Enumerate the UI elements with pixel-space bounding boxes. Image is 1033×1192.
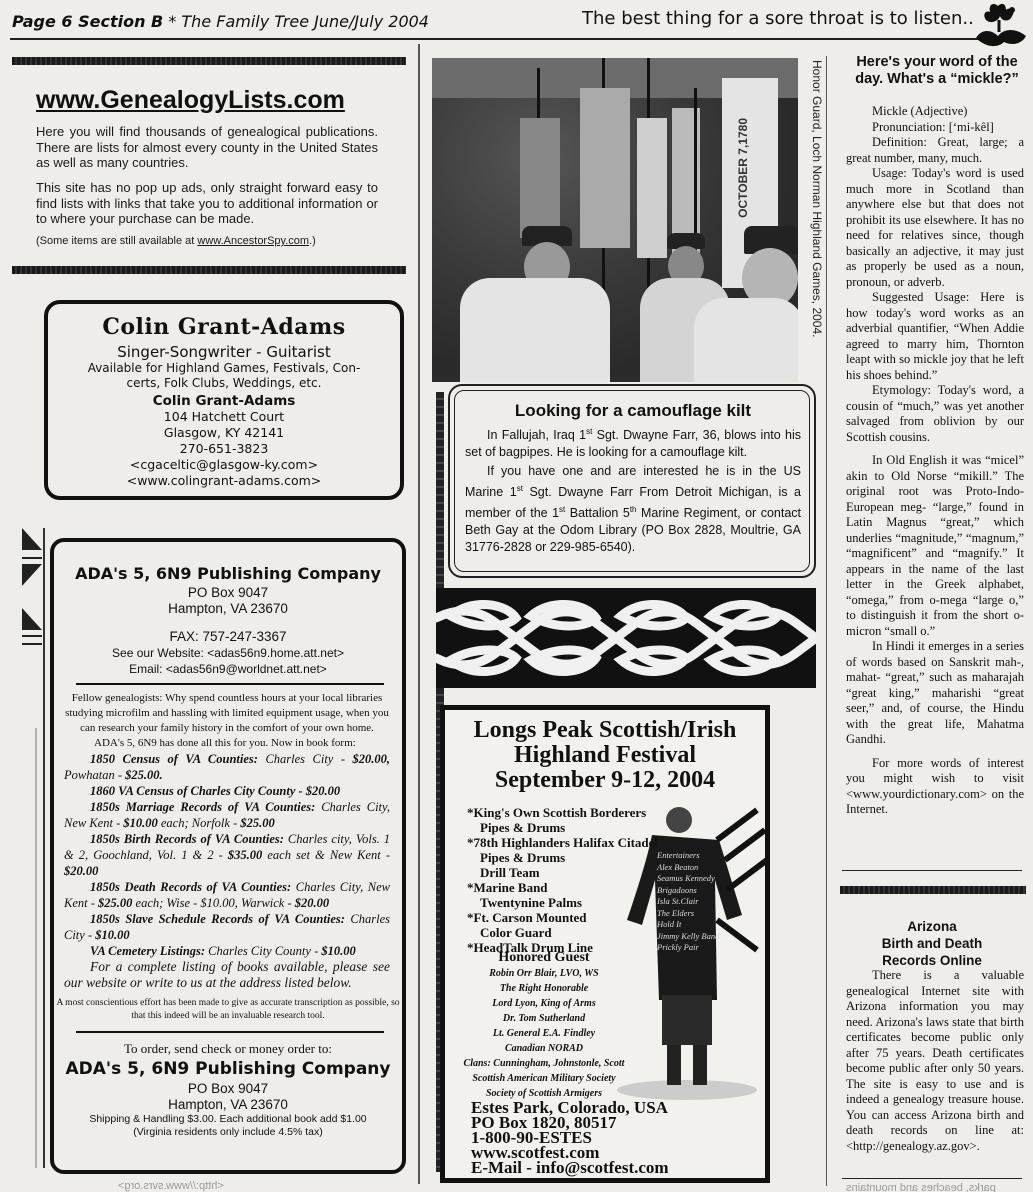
ad-title: Colin Grant-Adams xyxy=(48,314,400,340)
arizona-title-line-3: Records Online xyxy=(842,952,1022,969)
ancestorspy-link[interactable]: www.AncestorSpy.com xyxy=(197,235,309,247)
section-bar-right xyxy=(840,886,1026,894)
arizona-title-line-1: Arizona xyxy=(842,918,1022,935)
kilt-article-inner: Looking for a camouflage kilt In Falluja… xyxy=(454,390,810,572)
lineup-item: Twentynine Palms xyxy=(467,895,658,910)
flag xyxy=(637,118,667,258)
kilt-article-title: Looking for a camouflage kilt xyxy=(465,401,801,421)
ada-now-in-book: ADA's 5, 6N9 has done all this for you. … xyxy=(54,736,402,751)
ada-website-link[interactable]: See our Website: <adas56n9.home.att.net> xyxy=(54,645,402,661)
listing-item: 1850s Birth Records of VA Counties: Char… xyxy=(64,831,390,879)
bleed-through-text: <http://www.svrs.org> xyxy=(118,1180,224,1192)
guest-item: Canadian NORAD xyxy=(459,1041,629,1056)
listing-item: 1850s Marriage Records of VA Counties: C… xyxy=(64,799,390,831)
street-address: 104 Hatchett Court xyxy=(48,409,400,425)
tax-info: (Virginia residents only include 4.5% ta… xyxy=(54,1126,402,1139)
genealogylists-note: (Some items are still available at www.A… xyxy=(36,235,316,247)
availability-line-2: certs, Folk Clubs, Weddings, etc. xyxy=(48,376,400,391)
ada-title: ADA's 5, 6N9 Publishing Company xyxy=(54,564,402,583)
header-separator: * xyxy=(168,12,176,31)
lineup-item: Color Guard xyxy=(467,925,658,940)
ada-book-listings: 1850 Census of VA Counties: Charles City… xyxy=(54,751,402,991)
ada-divider-2 xyxy=(76,1031,384,1033)
more-words-note: For more words of interest you might wis… xyxy=(846,756,1024,818)
section-bar-bottom xyxy=(12,266,406,274)
honored-guest-heading: Honored Guest xyxy=(459,950,629,966)
order-city: Hampton, VA 23670 xyxy=(54,1097,402,1113)
suggested-usage: Suggested Usage: Here is how today's wor… xyxy=(846,290,1024,383)
guest-item: Scottish American Military Society xyxy=(459,1071,629,1086)
celtic-knot-border xyxy=(436,588,816,688)
honor-guard-photo: OCTOBER 7,1780 xyxy=(432,58,798,382)
word-of-day-title: Here's your word of the day. What's a “m… xyxy=(842,54,1032,88)
genealogylists-paragraph-1: Here you will find thousands of genealog… xyxy=(36,124,378,171)
word-of-day-rule xyxy=(842,870,1022,871)
guest-item: Robin Orr Blair, LVO, WS xyxy=(459,966,629,981)
kilt-paragraph-2: If you have one and are interested he is… xyxy=(465,463,801,556)
city-address: Glasgow, KY 42141 xyxy=(48,425,400,441)
page-section-label: Page 6 Section B xyxy=(12,12,163,31)
thistle-flower-icon xyxy=(968,2,1030,50)
festival-contact: Estes Park, Colorado, USA PO Box 1820, 8… xyxy=(471,1100,669,1175)
ada-email-link[interactable]: Email: <adas56n9@worldnet.att.net> xyxy=(54,661,402,677)
festival-dates: September 9-12, 2004 xyxy=(445,768,765,793)
listing-item: VA Cemetery Listings: Charles City Count… xyxy=(64,943,390,959)
lineup-item: Drill Team xyxy=(467,865,658,880)
ada-fax: FAX: 757-247-3367 xyxy=(54,629,402,645)
note-suffix: .) xyxy=(309,235,316,247)
arizona-title-line-2: Birth and Death xyxy=(842,935,1022,952)
ada-city: Hampton, VA 23670 xyxy=(54,601,402,617)
usage: Usage: Today's word is used much more in… xyxy=(846,166,1024,290)
arizona-article-title: Arizona Birth and Death Records Online xyxy=(842,918,1022,969)
etymology: Etymology: Today's word, a cousin of “mu… xyxy=(846,383,1024,445)
genealogylists-title-link[interactable]: www.GenealogyLists.com xyxy=(36,86,345,115)
email-link[interactable]: <cgaceltic@glasgow-ky.com> xyxy=(48,457,400,473)
lineup-item: *78th Highlanders Halifax Citadel xyxy=(467,835,658,850)
arizona-article-body: There is a valuable genealogical Interne… xyxy=(846,968,1024,1154)
page-header-info: Page 6 Section B * The Family Tree June/… xyxy=(12,12,429,31)
shipping-info: Shipping & Handling $3.00. Each addition… xyxy=(54,1113,402,1126)
lineup-item: Pipes & Drums xyxy=(467,820,658,835)
old-english-origin: In Old English it was “micel” akin to Ol… xyxy=(846,453,1024,639)
header-tagline: The best thing for a sore throat is to l… xyxy=(582,8,974,29)
order-intro: To order, send check or money order to: xyxy=(54,1041,402,1057)
guest-item: Clans: Cunningham, Johnstonle, Scott xyxy=(459,1056,629,1071)
kilt-paragraph-1: In Fallujah, Iraq 1st Sgt. Dwayne Farr, … xyxy=(465,423,801,461)
definition: Definition: Great, large; a great number… xyxy=(846,135,1024,166)
website-link[interactable]: <www.colingrant-adams.com> xyxy=(48,473,400,489)
availability-line-1: Available for Highland Games, Festivals,… xyxy=(48,361,400,376)
section-bar-top xyxy=(12,57,406,65)
honored-guests: Honored Guest Robin Orr Blair, LVO, WS T… xyxy=(459,950,629,1101)
hindi-origin: In Hindi it emerges in a series of words… xyxy=(846,639,1024,748)
pronunciation: Pronunciation: [‘mi-kêl] xyxy=(846,120,1024,136)
person-shirt xyxy=(694,298,798,382)
decorative-border xyxy=(18,528,48,1168)
entertainers-list: Entertainers Alex Beaton Seamus Kennedy … xyxy=(657,850,719,954)
ada-disclaimer: A most conscientious effort has been mad… xyxy=(54,997,402,1023)
part-of-speech: Mickle (Adjective) xyxy=(846,104,1024,120)
listing-item: 1850s Death Records of VA Counties: Char… xyxy=(64,879,390,911)
note-prefix: (Some items are still available at xyxy=(36,235,197,247)
contact-name: Colin Grant-Adams xyxy=(48,393,400,409)
header-rule xyxy=(10,38,982,40)
lineup-item: *Marine Band xyxy=(467,880,658,895)
photo-caption: Honor Guard, Loch Norman Highland Games,… xyxy=(802,60,824,380)
lineup-item: *King's Own Scottish Borderers xyxy=(467,805,658,820)
ada-publishing-ad: ADA's 5, 6N9 Publishing Company PO Box 9… xyxy=(50,538,406,1174)
festival-title: Longs Peak Scottish/Irish Highland Festi… xyxy=(445,718,765,793)
lineup-item: Pipes & Drums xyxy=(467,850,658,865)
ad-subtitle: Singer-Songwriter - Guitarist xyxy=(48,343,400,361)
bleed-through-text: parks, beaches and mountains xyxy=(846,1182,996,1192)
genealogylists-paragraph-2: This site has no pop up ads, only straig… xyxy=(36,180,378,227)
guest-item: Lord Lyon, King of Arms xyxy=(459,996,629,1011)
publication-title: The Family Tree June/July 2004 xyxy=(181,12,429,31)
column-divider-1 xyxy=(418,44,420,1184)
flag xyxy=(580,88,630,248)
word-of-day-body: Mickle (Adjective) Pronunciation: [‘mi-k… xyxy=(846,104,1024,818)
ada-intro: Fellow genealogists: Why spend countless… xyxy=(54,691,402,736)
ada-divider xyxy=(76,683,384,685)
person-shirt xyxy=(460,278,610,382)
ada-po-box: PO Box 9047 xyxy=(54,585,402,601)
festival-title-line-2: Highland Festival xyxy=(445,743,765,768)
guest-item: Lt. General E.A. Findley xyxy=(459,1026,629,1041)
listing-item: 1850s Slave Schedule Records of VA Count… xyxy=(64,911,390,943)
festival-title-line-1: Longs Peak Scottish/Irish xyxy=(445,718,765,743)
order-po-box: PO Box 9047 xyxy=(54,1081,402,1097)
festival-email-link[interactable]: E-Mail - info@scotfest.com xyxy=(471,1160,669,1175)
festival-lineup: *King's Own Scottish Borderers Pipes & D… xyxy=(467,805,658,955)
flag xyxy=(520,118,560,238)
guest-item: Dr. Tom Sutherland xyxy=(459,1011,629,1026)
arizona-paragraph: There is a valuable genealogical Interne… xyxy=(846,968,1024,1154)
colin-grant-adams-ad: Colin Grant-Adams Singer-Songwriter - Gu… xyxy=(44,300,404,500)
listing-item: 1850 Census of VA Counties: Charles City… xyxy=(64,751,390,783)
arizona-rule xyxy=(842,1178,1022,1179)
order-company: ADA's 5, 6N9 Publishing Company xyxy=(54,1059,402,1079)
camouflage-kilt-article: Looking for a camouflage kilt In Falluja… xyxy=(448,384,816,578)
phone-number: 270-651-3823 xyxy=(48,441,400,457)
lineup-item: *Ft. Carson Mounted xyxy=(467,910,658,925)
flag-text: OCTOBER 7,1780 xyxy=(736,118,750,218)
guest-item: The Right Honorable xyxy=(459,981,629,996)
listing-item: 1860 VA Census of Charles City County - … xyxy=(64,783,390,799)
complete-listing-note: For a complete listing of books availabl… xyxy=(64,959,390,991)
highland-festival-ad: Longs Peak Scottish/Irish Highland Festi… xyxy=(440,705,770,1183)
column-divider-2 xyxy=(826,56,827,1186)
